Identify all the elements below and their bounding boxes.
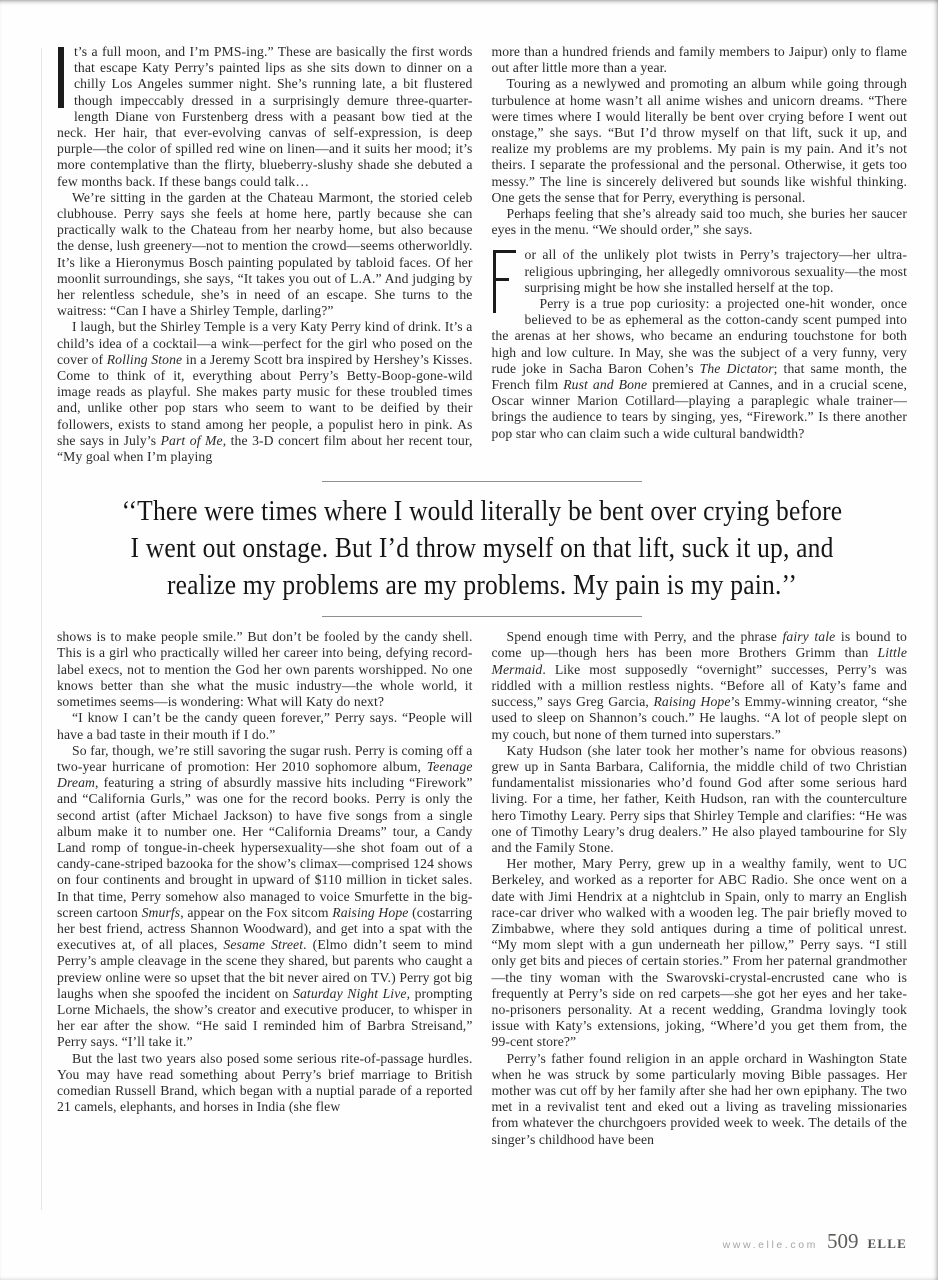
italic-text-segment: Sesame Street [223, 937, 303, 952]
pull-quote: ‘‘There were times where I would literal… [57, 482, 907, 616]
italic-text-segment: Rolling Stone [107, 352, 183, 367]
top-left-column: t’s a full moon, and I’m PMS-ing.” These… [57, 44, 473, 465]
page-fold-line [41, 48, 42, 1210]
footer-magazine-name: ELLE [868, 1236, 907, 1252]
italic-text-segment: Saturday Night Live [293, 986, 407, 1001]
pull-quote-line: I went out onstage. But I’d throw myself… [57, 527, 907, 569]
text-segment: But the last two years also posed some s… [57, 1051, 473, 1115]
page-footer: www.elle.com 509 ELLE [723, 1229, 907, 1254]
text-segment: Perry’s father found religion in an appl… [492, 1051, 908, 1147]
paragraph: Perry is a true pop curiosity: a project… [492, 296, 908, 442]
italic-text-segment: fairy tale [782, 629, 835, 644]
pull-quote-line: realize my problems are my problems. My … [57, 564, 907, 606]
italic-text-segment: Raising Hope [332, 905, 408, 920]
paragraph: Katy Hudson (she later took her mother’s… [492, 743, 908, 856]
text-segment: t’s a full moon, and I’m PMS-ing.” These… [57, 44, 473, 189]
text-segment: more than a hundred friends and family m… [492, 44, 908, 75]
text-segment: Her mother, Mary Perry, grew up in a wea… [492, 856, 908, 1049]
text-segment: We’re sitting in the garden at the Chate… [57, 190, 473, 318]
divider-bottom [322, 616, 642, 617]
pull-quote-line: ‘‘There were times where I would literal… [57, 490, 907, 532]
paragraph: Touring as a newlywed and promoting an a… [492, 76, 908, 206]
bottom-left-column: shows is to make people smile.” But don’… [57, 629, 473, 1148]
paragraph: or all of the unlikely plot twists in Pe… [492, 247, 908, 296]
text-segment: or all of the unlikely plot twists in Pe… [525, 247, 908, 294]
paragraph: Perhaps feeling that she’s already said … [492, 206, 908, 238]
text-segment: , featuring a string of absurdly massive… [57, 775, 473, 920]
italic-text-segment: Part of Me [161, 433, 223, 448]
paragraph: We’re sitting in the garden at the Chate… [57, 190, 473, 320]
text-segment: Katy Hudson (she later took her mother’s… [492, 743, 908, 855]
text-segment: Spend enough time with Perry, and the ph… [507, 629, 783, 644]
italic-text-segment: Rust and Bone [563, 377, 647, 392]
paragraph: Her mother, Mary Perry, grew up in a wea… [492, 856, 908, 1050]
bottom-right-column: Spend enough time with Perry, and the ph… [492, 629, 908, 1148]
paragraph: “I know I can’t be the candy queen forev… [57, 710, 473, 742]
text-segment: Touring as a newlywed and promoting an a… [492, 76, 908, 204]
italic-text-segment: Smurfs [142, 905, 181, 920]
italic-text-segment: The Dictator [700, 361, 774, 376]
bottom-columns: shows is to make people smile.” But don’… [57, 629, 907, 1148]
magazine-page: t’s a full moon, and I’m PMS-ing.” These… [0, 0, 938, 1280]
top-columns: t’s a full moon, and I’m PMS-ing.” These… [57, 44, 907, 465]
paragraph: But the last two years also posed some s… [57, 1051, 473, 1116]
text-segment: shows is to make people smile.” But don’… [57, 629, 473, 709]
text-segment: So far, though, we’re still savoring the… [57, 743, 473, 774]
text-segment: “I know I can’t be the candy queen forev… [57, 710, 473, 741]
drop-cap-f [493, 250, 516, 313]
italic-text-segment: Raising Hope [653, 694, 730, 709]
pull-quote-section: ‘‘There were times where I would literal… [57, 481, 907, 617]
footer-website: www.elle.com [723, 1239, 818, 1251]
text-segment: , appear on the Fox sitcom [180, 905, 332, 920]
paragraph: t’s a full moon, and I’m PMS-ing.” These… [57, 44, 473, 190]
footer-page-number: 509 [827, 1229, 859, 1254]
paragraph: more than a hundred friends and family m… [492, 44, 908, 76]
paragraph: So far, though, we’re still savoring the… [57, 743, 473, 1051]
paragraph: I laugh, but the Shirley Temple is a ver… [57, 319, 473, 465]
article-content: t’s a full moon, and I’m PMS-ing.” These… [57, 44, 907, 1148]
paragraph: Spend enough time with Perry, and the ph… [492, 629, 908, 742]
text-segment: Perhaps feeling that she’s already said … [492, 206, 908, 237]
paragraph: shows is to make people smile.” But don’… [57, 629, 473, 710]
drop-cap-i [58, 47, 64, 108]
paragraph: Perry’s father found religion in an appl… [492, 1051, 908, 1148]
top-right-column: more than a hundred friends and family m… [492, 44, 908, 465]
